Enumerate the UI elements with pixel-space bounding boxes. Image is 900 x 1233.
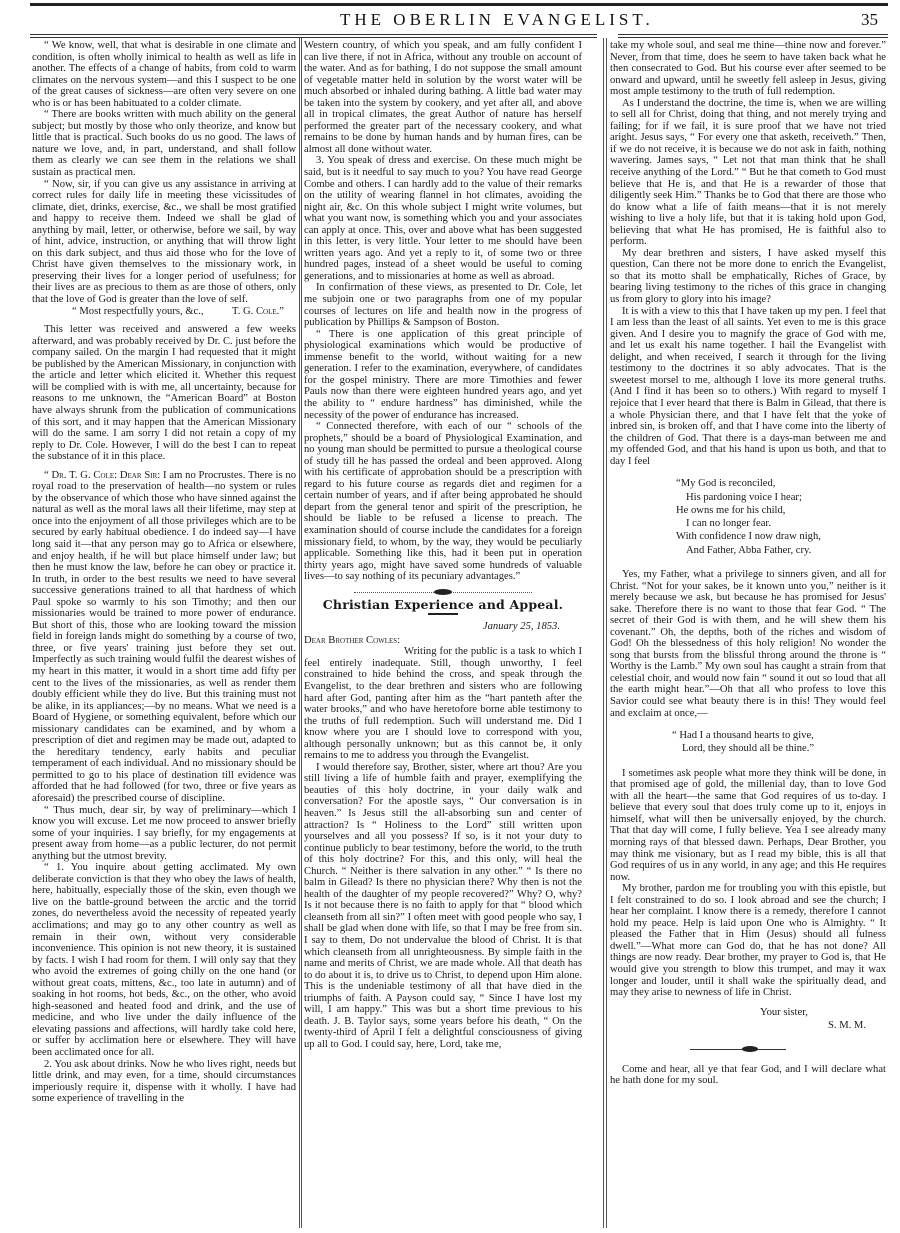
title-rule: [428, 613, 458, 615]
verse-line: Lord, they should all be thine.”: [672, 742, 886, 755]
masthead-title: THE OBERLIN EVANGELIST.: [340, 10, 654, 30]
paragraph: “ Now, sir, if you can give us any assis…: [32, 179, 296, 306]
paragraph: I would therefore say, Brother, sister, …: [304, 762, 582, 1051]
final-verse: Come and hear, all ye that fear God, and…: [610, 1064, 886, 1087]
ornament-icon: [742, 1046, 758, 1052]
hymn-verse-2: “ Had I a thousand hearts to give, Lord,…: [672, 729, 886, 756]
section-ornament: [304, 589, 582, 595]
column-divider-1: [299, 38, 300, 1228]
salutation: Dear Brother Cowles:: [304, 635, 582, 647]
closing-text: Your sister,: [610, 1007, 886, 1019]
dateline: January 25, 1853.: [304, 621, 582, 633]
paragraph: “ There is one application of this great…: [304, 329, 582, 421]
paragraph: Writing for the public is a task to whic…: [304, 646, 582, 761]
paragraph: It is with a view to this that I have ta…: [610, 306, 886, 468]
header-rule-left: [30, 34, 597, 38]
column-divider-2: [603, 38, 604, 1228]
paragraph: “ There are books written with much abil…: [32, 109, 296, 178]
paragraph: Western country, of which you speak, and…: [304, 40, 582, 155]
newspaper-page: THE OBERLIN EVANGELIST. 35 “ We know, we…: [0, 0, 900, 1233]
paragraph: In confirmation of these views, as prese…: [304, 282, 582, 328]
header-rule-right: [618, 34, 888, 38]
paragraph: “ We know, well, that what is desirable …: [32, 40, 296, 109]
paragraph: “ 1. You inquire about getting acclimate…: [32, 862, 296, 1058]
middle-column: Western country, of which you speak, and…: [304, 40, 582, 1050]
paragraph: As I understand the doctrine, the time i…: [610, 98, 886, 248]
column-divider-1b: [301, 38, 302, 1228]
letter-closing: “ Most respectfully yours, &c., T. G. Co…: [32, 306, 296, 318]
ornament-icon: [434, 589, 452, 595]
reply-text: I am no Procrustes. There is no royal ro…: [32, 470, 296, 804]
page-header: THE OBERLIN EVANGELIST. 35: [0, 8, 900, 36]
top-rule-right: [618, 3, 888, 6]
verse-line: He owns me for his child,: [676, 504, 886, 517]
reply-salutation: “ Dr. T. G. Cole: Dear Sir:: [44, 470, 160, 481]
paragraph: 3. You speak of dress and exercise. On t…: [304, 155, 582, 282]
paragraph: My dear brethren and sisters, I have ask…: [610, 248, 886, 306]
verse-line: “My God is reconciled,: [676, 477, 886, 490]
verse-line: With confidence I now draw nigh,: [676, 530, 886, 543]
paragraph: take my whole soul, and seal me thine—th…: [610, 40, 886, 98]
right-column: take my whole soul, and seal me thine—th…: [610, 40, 886, 1087]
section-title: Christian Experience and Appeal.: [304, 599, 582, 611]
verse-line: His pardoning voice I hear;: [676, 491, 886, 504]
letter-signoff: Your sister, S. M. M.: [610, 1007, 886, 1032]
signature: S. M. M.: [610, 1020, 886, 1032]
paragraph: This letter was received and answered a …: [32, 324, 296, 463]
verse-line: I can no longer fear.: [676, 517, 886, 530]
paragraph: “ Thus much, dear sir, by way of prelimi…: [32, 805, 296, 863]
column-divider-2b: [606, 38, 607, 1228]
paragraph: “ Connected therefore, with each of our …: [304, 421, 582, 583]
closing-signature: T. G. Cole.”: [232, 306, 284, 318]
hymn-verse-1: “My God is reconciled, His pardoning voi…: [676, 477, 886, 557]
end-ornament: [610, 1046, 886, 1052]
page-number: 35: [861, 10, 878, 30]
paragraph: 2. You ask about drinks. Now he who live…: [32, 1059, 296, 1105]
left-column: “ We know, well, that what is desirable …: [32, 40, 296, 1105]
paragraph: My brother, pardon me for troubling you …: [610, 883, 886, 998]
paragraph: I sometimes ask people what more they th…: [610, 768, 886, 883]
verse-line: And Father, Abba Father, cry.: [676, 544, 886, 557]
verse-line: “ Had I a thousand hearts to give,: [672, 729, 886, 742]
top-rule-left: [30, 3, 618, 6]
closing-text: “ Most respectfully yours, &c.,: [72, 306, 204, 318]
paragraph: Yes, my Father, what a privilege to sinn…: [610, 569, 886, 719]
reply-opening: “ Dr. T. G. Cole: Dear Sir: I am no Proc…: [32, 470, 296, 805]
